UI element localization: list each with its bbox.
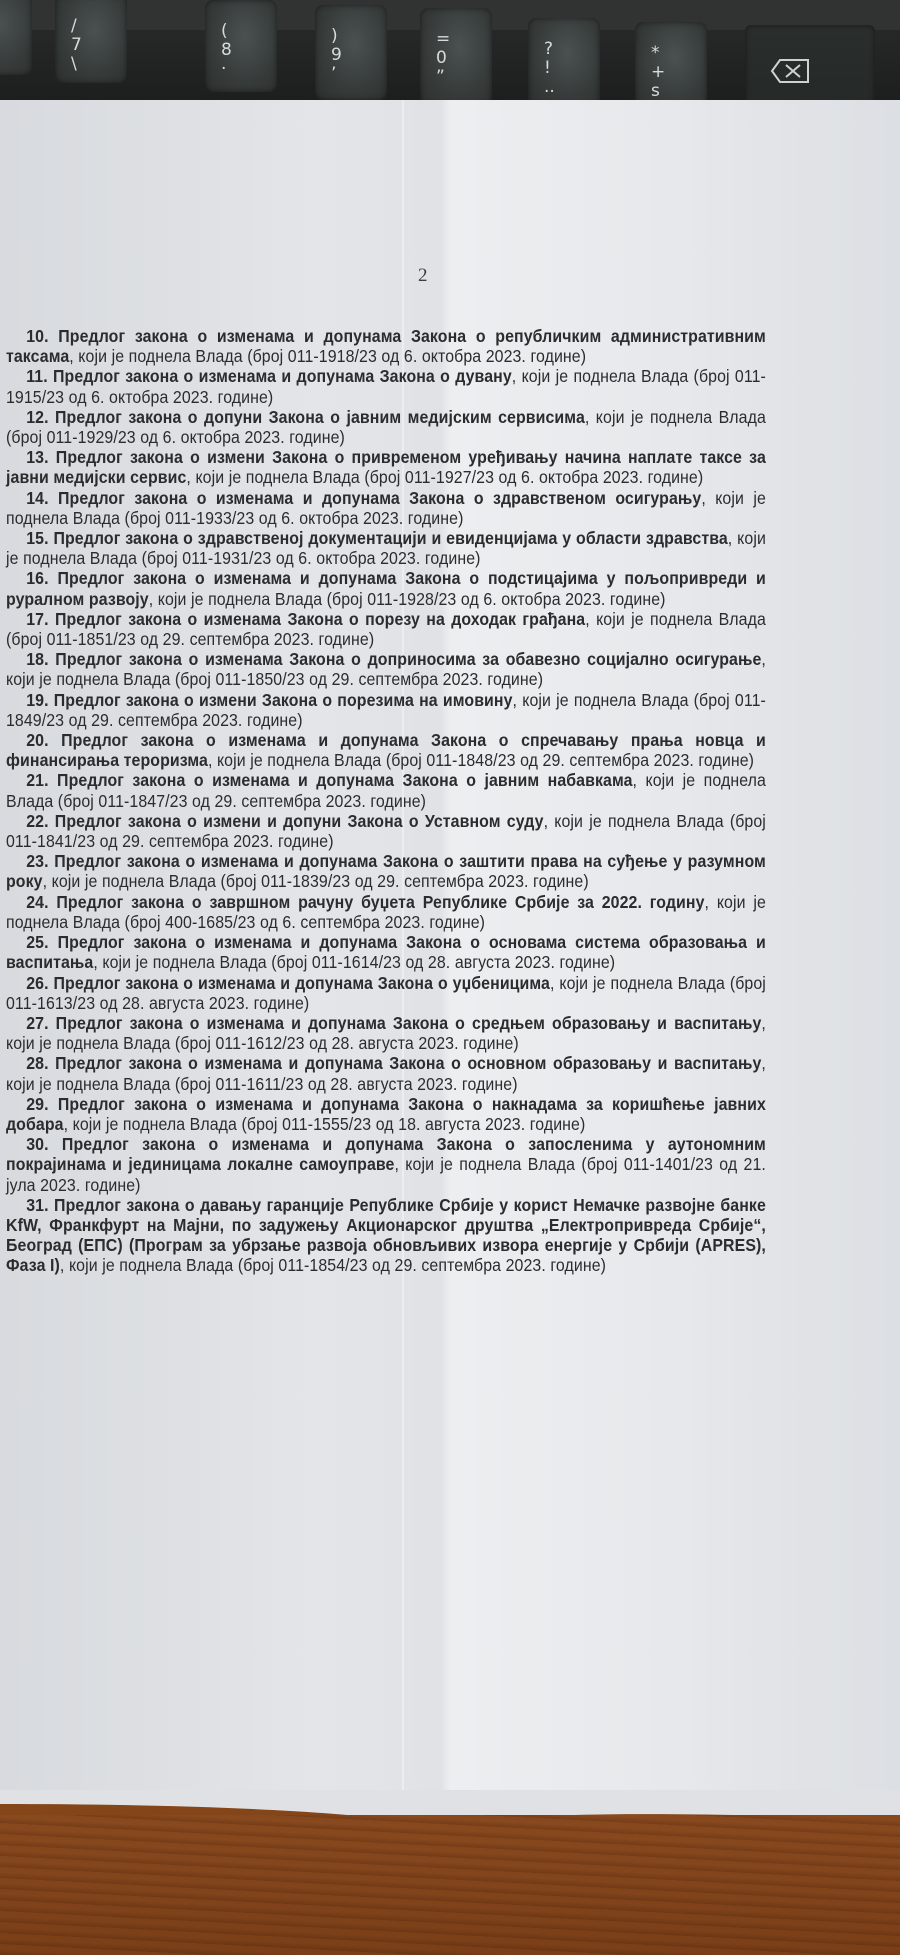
- key-legend-bottom: \: [71, 55, 77, 74]
- agenda-item: 21. Предлог закона о изменама и допунама…: [6, 770, 766, 810]
- agenda-item: 13. Предлог закона о измени Закона о при…: [6, 447, 766, 487]
- agenda-item: 17. Предлог закона о изменама Закона о п…: [6, 609, 766, 649]
- key-legend-bottom: ·: [221, 60, 226, 79]
- agenda-item: 18. Предлог закона о изменама Закона о д…: [6, 649, 766, 689]
- wooden-desk: [0, 1815, 900, 1955]
- agenda-item: 12. Предлог закона о допуни Закона о јав…: [6, 407, 766, 447]
- agenda-item: 22. Предлог закона о измени и допуни Зак…: [6, 811, 766, 851]
- key-plus: *+ѕ: [635, 22, 707, 110]
- key-legend-main: 7: [71, 36, 82, 55]
- agenda-item-title: Предлог закона о изменама и допунама Зак…: [53, 366, 512, 386]
- key-legend-main: 9: [331, 46, 342, 65]
- key-legend-bottom: ѕ: [651, 82, 660, 101]
- agenda-item: 20. Предлог закона о изменама и допунама…: [6, 730, 766, 770]
- agenda-item: 24. Предлог закона о завршном рачуну буџ…: [6, 892, 766, 932]
- agenda-item-title: Предлог закона о здравственој документац…: [53, 528, 727, 548]
- agenda-item: 26. Предлог закона о изменама и допунама…: [6, 973, 766, 1013]
- agenda-list: 10. Предлог закона о изменама и допунама…: [6, 326, 766, 1276]
- key-legend-top: /: [71, 17, 77, 36]
- agenda-item-title: Предлог закона о изменама и допунама Зак…: [54, 973, 550, 993]
- key-legend-bottom: ’: [331, 65, 336, 84]
- agenda-item-number: 10.: [26, 326, 58, 346]
- agenda-item-number: 18.: [26, 649, 55, 669]
- agenda-item-title: Предлог закона о измени Закона о порезим…: [54, 690, 513, 710]
- agenda-item-number: 22.: [26, 811, 55, 831]
- key-legend-main: +: [651, 63, 665, 82]
- agenda-item: 31. Предлог закона о давању гаранције Ре…: [6, 1195, 766, 1276]
- agenda-item: 11. Предлог закона о изменама и допунама…: [6, 366, 766, 406]
- agenda-item-number: 15.: [26, 528, 53, 548]
- agenda-item: 28. Предлог закона о изменама и допунама…: [6, 1053, 766, 1093]
- agenda-item-number: 13.: [26, 447, 56, 467]
- agenda-item-number: 23.: [26, 851, 54, 871]
- agenda-item-number: 21.: [26, 770, 57, 790]
- agenda-item-details: , који је поднела Влада (број 011-1848/2…: [208, 750, 754, 770]
- agenda-item-number: 16.: [26, 568, 57, 588]
- agenda-item-details: , који је поднела Влада (број 011-1854/2…: [60, 1255, 606, 1275]
- key-legend-top: (: [221, 22, 228, 41]
- agenda-item-number: 19.: [26, 690, 54, 710]
- agenda-item: 10. Предлог закона о изменама и допунама…: [6, 326, 766, 366]
- agenda-item-title: Предлог закона о изменама Закона о порез…: [55, 609, 585, 629]
- agenda-item-number: 11.: [26, 366, 53, 386]
- key-6: ^6: [0, 0, 32, 75]
- page-number: 2: [418, 265, 428, 287]
- agenda-item: 29. Предлог закона о изменама и допунама…: [6, 1094, 766, 1134]
- agenda-item-title: Предлог закона о допуни Закона о јавним …: [55, 407, 585, 427]
- agenda-item: 25. Предлог закона о изменама и допунама…: [6, 932, 766, 972]
- key-question: ?!..: [528, 18, 600, 106]
- agenda-item-title: Предлог закона о изменама и допунама Зак…: [55, 1053, 761, 1073]
- key-legend-top: ?: [544, 40, 553, 59]
- agenda-item: 15. Предлог закона о здравственој докуме…: [6, 528, 766, 568]
- agenda-item-number: 12.: [26, 407, 55, 427]
- agenda-item-number: 29.: [26, 1094, 58, 1114]
- agenda-item-title: Предлог закона о изменама и допунама Зак…: [56, 1013, 762, 1033]
- key-legend-main: 0: [436, 49, 447, 68]
- backspace-icon: [770, 58, 810, 84]
- key-legend-main: !: [544, 59, 551, 78]
- agenda-item-number: 31.: [26, 1195, 54, 1215]
- key-9: )9’: [315, 5, 387, 100]
- agenda-item-details: , који је поднела Влада (број 011-1555/2…: [64, 1114, 586, 1134]
- agenda-item-title: Предлог закона о изменама и допунама Зак…: [58, 488, 701, 508]
- agenda-item-details: , који је поднела Влада (број 011-1928/2…: [149, 589, 666, 609]
- agenda-item-number: 28.: [26, 1053, 55, 1073]
- agenda-item-title: Предлог закона о измени и допуни Закона …: [55, 811, 544, 831]
- agenda-item-details: , који је поднела Влада (број 011-1918/2…: [69, 346, 586, 366]
- agenda-item-number: 25.: [26, 932, 57, 952]
- agenda-item: 14. Предлог закона о изменама и допунама…: [6, 488, 766, 528]
- agenda-item-number: 17.: [26, 609, 55, 629]
- key-legend-bottom: ”: [436, 68, 445, 87]
- key-legend-top: =: [436, 30, 450, 49]
- agenda-item-number: 30.: [26, 1134, 62, 1154]
- agenda-item: 27. Предлог закона о изменама и допунама…: [6, 1013, 766, 1053]
- key-7: /7\: [55, 0, 127, 83]
- agenda-item-details: , који је поднела Влада (број 011-1839/2…: [43, 871, 589, 891]
- document-page: 2 10. Предлог закона о изменама и допуна…: [0, 100, 900, 1800]
- agenda-item-number: 26.: [26, 973, 53, 993]
- key-backspace: [745, 25, 875, 112]
- agenda-item-details: , који је поднела Влада (број 011-1614/2…: [93, 952, 615, 972]
- agenda-item-title: Предлог закона о изменама Закона о допри…: [55, 649, 761, 669]
- agenda-item: 23. Предлог закона о изменама и допунама…: [6, 851, 766, 891]
- agenda-item-number: 24.: [26, 892, 56, 912]
- agenda-item: 16. Предлог закона о изменама и допунама…: [6, 568, 766, 608]
- agenda-item-number: 14.: [26, 488, 58, 508]
- keyboard-background: ^6/7\(8·)9’=0”?!..*+ѕ: [0, 0, 900, 112]
- key-0: =0”: [420, 8, 492, 105]
- key-legend-top: *: [651, 44, 660, 63]
- agenda-item-title: Предлог закона о изменама и допунама Зак…: [57, 770, 632, 790]
- agenda-item: 30. Предлог закона о изменама и допунама…: [6, 1134, 766, 1195]
- agenda-item-details: , који је поднела Влада (број 011-1927/2…: [186, 467, 703, 487]
- agenda-item: 19. Предлог закона о измени Закона о пор…: [6, 690, 766, 730]
- key-legend-bottom: ..: [544, 78, 555, 97]
- key-legend-top: ): [331, 27, 338, 46]
- key-legend-main: 8: [221, 41, 232, 60]
- agenda-item-title: Предлог закона о завршном рачуну буџета …: [56, 892, 704, 912]
- key-8: (8·: [205, 0, 277, 92]
- agenda-item-number: 27.: [26, 1013, 55, 1033]
- agenda-item-number: 20.: [26, 730, 61, 750]
